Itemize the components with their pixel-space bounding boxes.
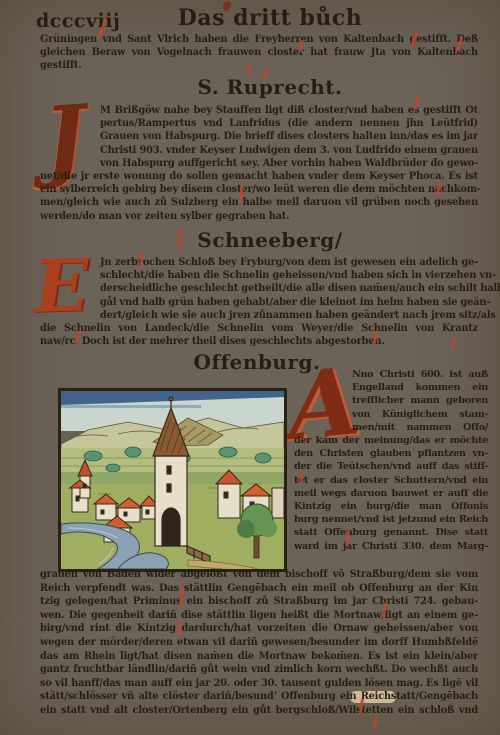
ruprecht-paragraph-indented: M Brißgöw nahe bey Stauffen ligt diß clo… (100, 104, 478, 170)
text-line: dert/gleich wie sie auch jren zůnammen h… (100, 309, 478, 322)
text-line: wen. Die gegenheit dariñ dise stättlin l… (40, 609, 478, 623)
text-line: Reich verpfendt was. Das stättlin Gengēb… (40, 582, 478, 596)
text-line: grauen von Baden wider abgelößt von dem … (40, 568, 478, 582)
text-line: gål vnd halb grün haben gehabt/aber die … (100, 296, 478, 309)
ruprecht-paragraph-full: net/die jr erste wonung do sollen gemach… (40, 170, 478, 223)
text-line: gantz fruchtbar ländlin/dariñ gůt wein v… (40, 663, 478, 677)
text-line: von Küniglichem stam- (352, 408, 488, 421)
text-line: derscheidliche geschlecht getheilt/die a… (100, 282, 478, 295)
text-line: stätt/schlösser vñ alte clöster dariñ/be… (40, 690, 478, 704)
text-line: ward im jar Christi 330. dem Marg- (294, 540, 488, 553)
section-heading-ruprecht: S. Ruprecht. (90, 75, 450, 99)
text-line: tzig gelegen/hat Priminus ein bischoff z… (40, 595, 478, 609)
text-line: men/mit nammen Offo/ (352, 421, 488, 434)
text-line: tet er das closter Schuttern/vnd ein (294, 474, 488, 487)
text-line: Nno Christi 600. ist auß (352, 368, 488, 381)
book-page: dcccviij Das dritt bůch Grüningen vnd Sa… (0, 0, 500, 735)
text-line: der die Teütschen/vnd auff das stiff- (294, 460, 488, 473)
text-line: so vil hanff/das man auff ein jar 20. od… (40, 677, 478, 691)
text-line: ein sylberreich gebirg bey disem closter… (40, 183, 478, 196)
text-line: das am Rhein ligt/hat disen nam̄en die M… (40, 650, 478, 664)
text-line: Jn zerbrochen Schloß bey Fryburg/von dem… (100, 256, 478, 269)
woodcut-town-view (58, 388, 287, 572)
text-line: meil wegs daruon bauwet er auff die (294, 487, 488, 500)
text-line: Christi 903. vnder Keyser Ludwigen dem 3… (100, 144, 478, 157)
text-line: M Brißgöw nahe bey Stauffen ligt diß clo… (100, 104, 478, 117)
margin-note: Mortnäw. (3, 615, 48, 627)
text-line: pertus/Rampertus vnd Lanfridus (die ande… (100, 117, 478, 130)
text-line: der kam der meinung/das er möchte (294, 434, 488, 447)
text-line: gleichen Beraw von Vogelnach frauwen clo… (40, 46, 478, 59)
text-line: statt Offenburg genannt. Dise statt (294, 526, 488, 539)
text-line: trefflicher mann geboren (352, 394, 488, 407)
text-line: die Schnelin von Landeck/die Schnelin vo… (40, 322, 478, 335)
section-heading-schneeberg: Schneeberg/ (90, 228, 450, 252)
schneeberg-paragraph-indented: Jn zerbrochen Schloß bey Fryburg/von dem… (100, 256, 478, 322)
text-line: den Christen glauben pflantzen vn- (294, 447, 488, 460)
schneeberg-paragraph-full: die Schnelin von Landeck/die Schnelin vo… (40, 322, 478, 348)
text-line: Engelland kommen ein (352, 381, 488, 394)
text-line: burg nennet/vnd ist jetzund ein Reich (294, 513, 488, 526)
dropcap-initial-e: E (33, 249, 90, 323)
offenburg-column-beside-dropcap: Nno Christi 600. ist außEngelland kommen… (352, 368, 488, 434)
text-line: naw/rc. Doch ist der mehrer theil dises … (40, 335, 478, 348)
red-pen-mark (373, 716, 378, 728)
text-line: birg/vnd rint die Kintzig dardurch/hat v… (40, 622, 478, 636)
text-line: Grauen von Habspurg. Die brieff dises cl… (100, 130, 478, 143)
text-line: Kintzig ein burg/die man Offonis (294, 500, 488, 513)
text-line: net/die jr erste wonung do sollen gemach… (40, 170, 478, 183)
offenburg-column: der kam der meinung/das er möchteden Chr… (294, 434, 488, 553)
text-line: von Habspurg auffgericht sey. Aber vorhi… (100, 157, 478, 170)
text-line: ein statt vnd alt closter/Ortenberg ein … (40, 704, 478, 718)
text-line: men/gleich wie auch zů Sulzberg ein halb… (40, 196, 478, 209)
book-title: Das dritt bůch (90, 5, 450, 31)
text-line: wegen der mörder/deren etwan vil dariñ g… (40, 636, 478, 650)
text-line: gestifft. (40, 59, 478, 72)
offenburg-paragraph-full: grauen von Baden wider abgelößt von dem … (40, 568, 478, 718)
text-line: schlecht/die haben die Schnelin geheisse… (100, 269, 478, 282)
text-line: werden/do man vor zeiten sylber gegraben… (40, 210, 478, 223)
